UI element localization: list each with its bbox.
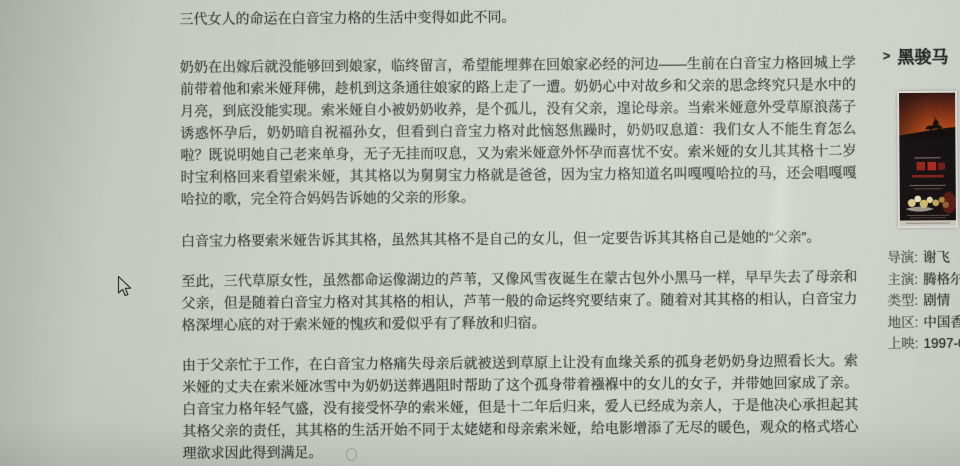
movie-poster-image — [899, 93, 956, 226]
info-label: 上映: — [888, 336, 919, 351]
info-label: 类型: — [887, 293, 918, 308]
info-label: 地区: — [888, 314, 919, 329]
info-value: 腾格尔 — [923, 271, 960, 286]
info-value: 1997-0 — [923, 336, 960, 351]
movie-poster[interactable] — [897, 91, 958, 228]
paragraph: 由于父亲忙于工作，在白音宝力格痛失母亲后就被送到草原上让没有血缘关系的孤身老奶奶… — [182, 349, 859, 464]
info-value: 中国香 — [923, 314, 960, 329]
info-row-genre: 类型:剧情 — [887, 289, 960, 311]
info-value: 谢飞 — [923, 250, 950, 265]
movie-title[interactable]: 黑骏马 — [897, 43, 948, 68]
info-value: 剧情 — [923, 293, 950, 308]
related-movie-sidebar: > 黑骏马 — [877, 42, 960, 354]
info-label: 主演: — [887, 271, 918, 286]
chevron-right-icon: > — [883, 48, 891, 63]
info-row-region: 地区:中国香 — [888, 311, 960, 333]
info-row-cast: 主演:腾格尔 — [887, 268, 960, 290]
info-label: 导演: — [887, 250, 918, 265]
paragraph: 三代女人的命运在白音宝力格的生活中变得如此不同。 — [179, 3, 855, 30]
movie-info-list: 导演:谢飞 主演:腾格尔 类型:剧情 地区:中国香 上映:1997-0 — [887, 246, 960, 354]
paragraph: 奶奶在出嫁后就没能够回到娘家，临终留言，希望能埋葬在回娘家必经的河边——生前在白… — [180, 51, 857, 210]
article-text: 三代女人的命运在白音宝力格的生活中变得如此不同。 奶奶在出嫁后就没能够回到娘家，… — [179, 3, 858, 464]
info-row-release: 上映:1997-0 — [888, 332, 960, 354]
page-content: 三代女人的命运在白音宝力格的生活中变得如此不同。 奶奶在出嫁后就没能够回到娘家，… — [0, 0, 960, 466]
paragraph: 白音宝力格要索米娅告诉其其格，虽然其其格不是自己的女儿，但一定要告诉其其格自己是… — [181, 225, 857, 252]
info-row-director: 导演:谢飞 — [887, 246, 960, 268]
paragraph: 至此，三代草原女性，虽然都命运像湖边的芦苇，又像风雪夜诞生在蒙古包外小黑马一样，… — [181, 265, 857, 336]
screen-photo: 三代女人的命运在白音宝力格的生活中变得如此不同。 奶奶在出嫁后就没能够回到娘家，… — [0, 0, 960, 466]
related-movie-link[interactable]: > 黑骏马 — [883, 42, 960, 68]
